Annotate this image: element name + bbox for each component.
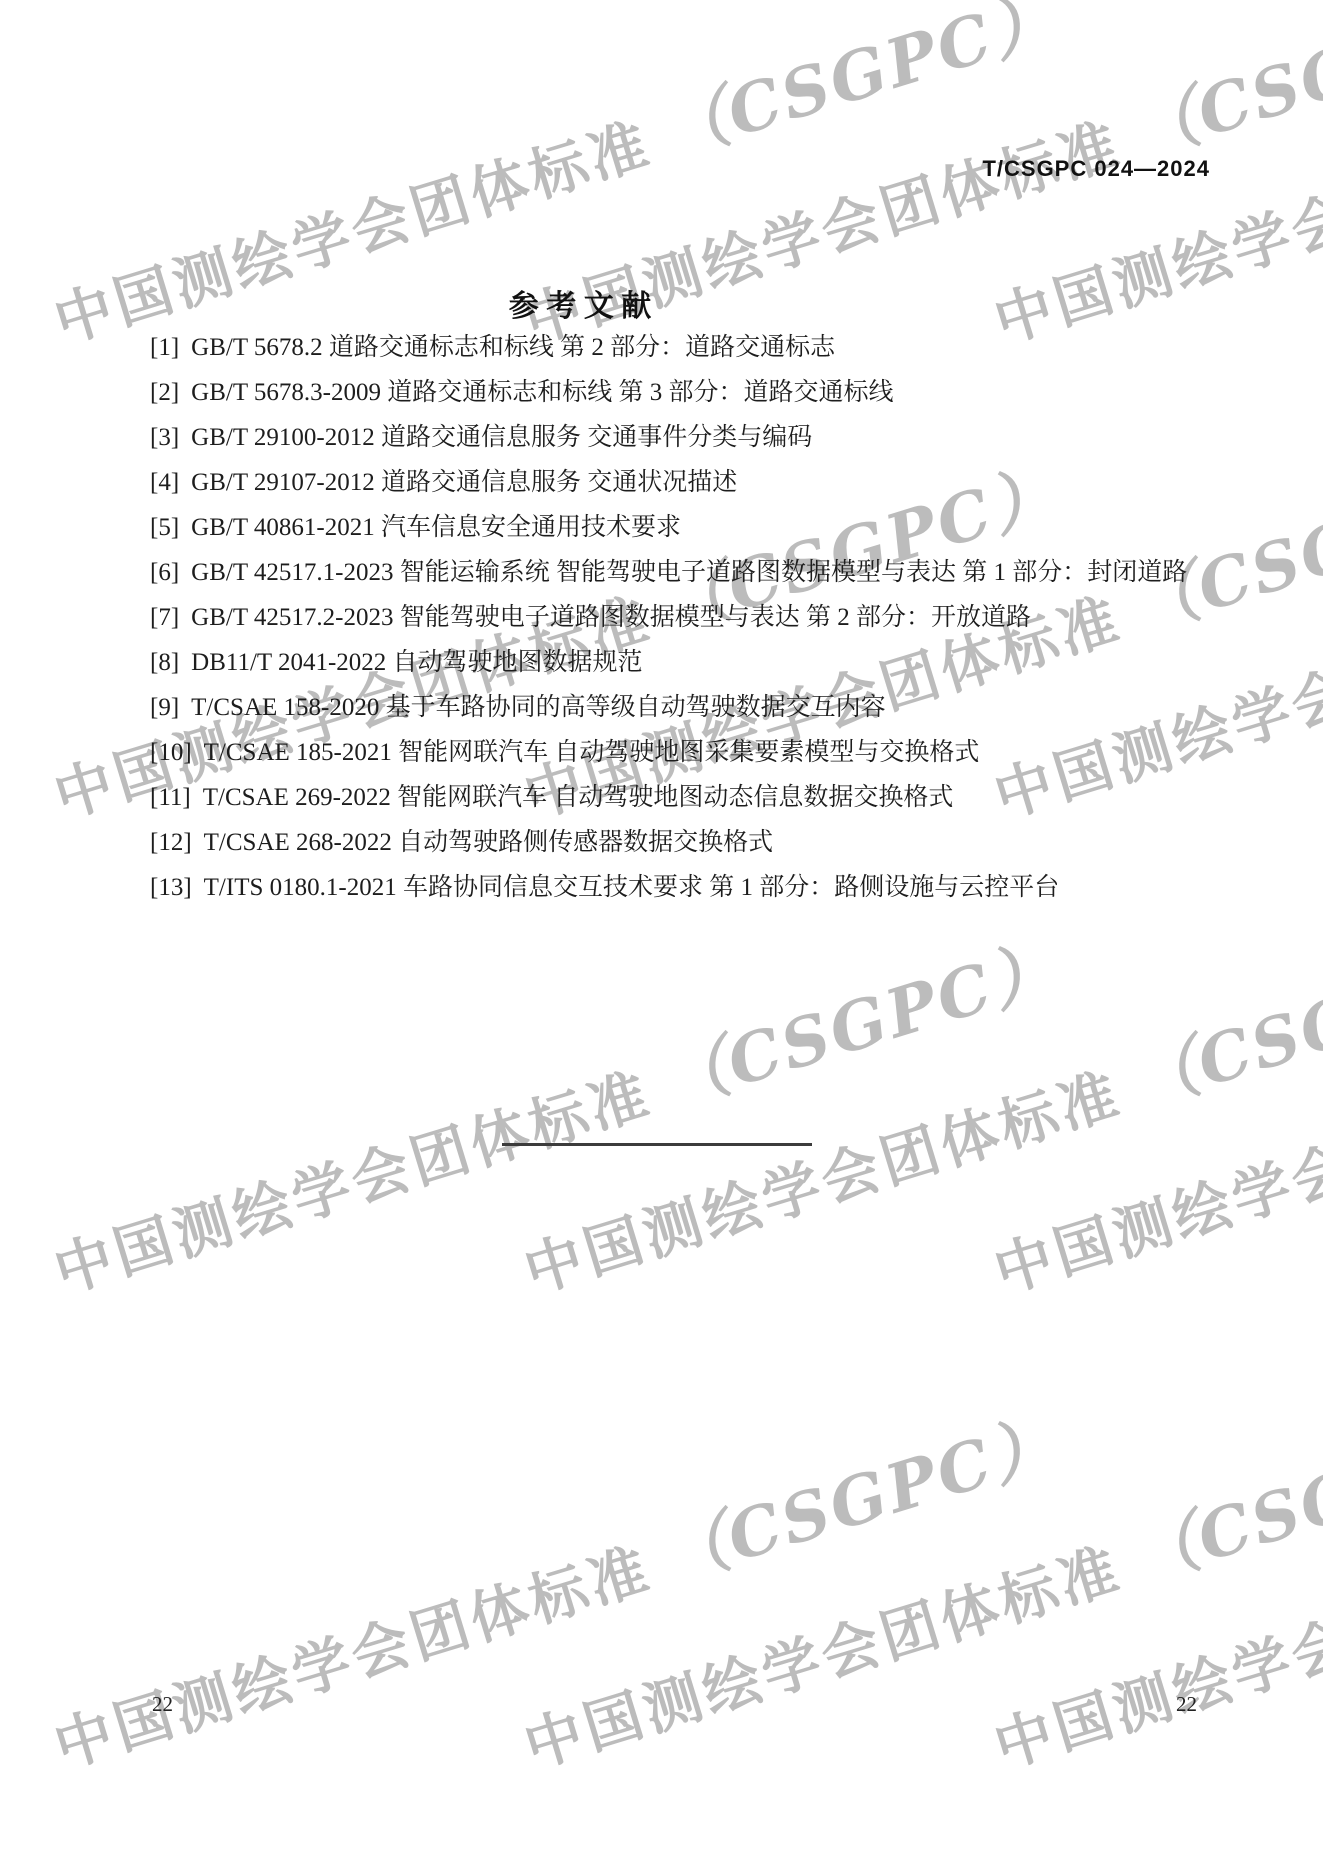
reference-text: T/CSAE 185-2021 智能网联汽车 自动驾驶地图采集要素模型与交换格式 (204, 739, 980, 766)
reference-number: [12] (150, 829, 192, 856)
reference-number: [1] (150, 334, 179, 361)
reference-text: T/CSAE 268-2022 自动驾驶路侧传感器数据交换格式 (204, 829, 773, 856)
reference-number: [6] (150, 559, 179, 586)
reference-number: [10] (150, 739, 192, 766)
reference-number: [5] (150, 514, 179, 541)
reference-item: [12]T/CSAE 268-2022 自动驾驶路侧传感器数据交换格式 (150, 820, 1187, 865)
reference-item: [3]GB/T 29100-2012 道路交通信息服务 交通事件分类与编码 (150, 415, 1187, 460)
reference-text: GB/T 40861-2021 汽车信息安全通用技术要求 (191, 514, 681, 541)
reference-item: [4]GB/T 29107-2012 道路交通信息服务 交通状况描述 (150, 460, 1187, 505)
reference-item: [5]GB/T 40861-2021 汽车信息安全通用技术要求 (150, 505, 1187, 550)
reference-number: [9] (150, 694, 179, 721)
reference-number: [8] (150, 649, 179, 676)
page-number-right: 22 (1176, 1692, 1197, 1717)
reference-item: [7]GB/T 42517.2-2023 智能驾驶电子道路图数据模型与表达 第 … (150, 595, 1187, 640)
document-page: 中国测绘学会团体标准（CSGPC） 中国测绘学会团体标准（CSGPC） 中国测绘… (0, 0, 1323, 1871)
page-title: 参 考 文 献 (0, 281, 1160, 325)
reference-number: [4] (150, 469, 179, 496)
reference-item: [13]T/ITS 0180.1-2021 车路协同信息交互技术要求 第 1 部… (150, 865, 1187, 910)
reference-number: [13] (150, 874, 192, 901)
content-layer: T/CSGPC 024—2024 参 考 文 献 [1]GB/T 5678.2 … (0, 0, 1323, 1871)
reference-text: T/CSAE 158-2020 基于车路协同的高等级自动驾驶数据交互内容 (191, 694, 885, 721)
reference-text: GB/T 5678.2 道路交通标志和标线 第 2 部分：道路交通标志 (191, 334, 835, 361)
reference-item: [6]GB/T 42517.1-2023 智能运输系统 智能驾驶电子道路图数据模… (150, 550, 1187, 595)
reference-text: GB/T 29107-2012 道路交通信息服务 交通状况描述 (191, 469, 737, 496)
reference-text: GB/T 42517.1-2023 智能运输系统 智能驾驶电子道路图数据模型与表… (191, 559, 1187, 586)
reference-number: [11] (150, 784, 191, 811)
reference-item: [1]GB/T 5678.2 道路交通标志和标线 第 2 部分：道路交通标志 (150, 325, 1187, 370)
reference-number: [7] (150, 604, 179, 631)
standard-number: T/CSGPC 024—2024 (982, 156, 1210, 182)
end-of-document-rule (502, 1143, 812, 1146)
reference-text: T/ITS 0180.1-2021 车路协同信息交互技术要求 第 1 部分：路侧… (204, 874, 1060, 901)
reference-item: [2]GB/T 5678.3-2009 道路交通标志和标线 第 3 部分：道路交… (150, 370, 1187, 415)
reference-text: DB11/T 2041-2022 自动驾驶地图数据规范 (191, 649, 642, 676)
reference-item: [10]T/CSAE 185-2021 智能网联汽车 自动驾驶地图采集要素模型与… (150, 730, 1187, 775)
reference-item: [8]DB11/T 2041-2022 自动驾驶地图数据规范 (150, 640, 1187, 685)
reference-number: [2] (150, 379, 179, 406)
reference-text: GB/T 29100-2012 道路交通信息服务 交通事件分类与编码 (191, 424, 812, 451)
reference-text: T/CSAE 269-2022 智能网联汽车 自动驾驶地图动态信息数据交换格式 (203, 784, 954, 811)
reference-text: GB/T 42517.2-2023 智能驾驶电子道路图数据模型与表达 第 2 部… (191, 604, 1031, 631)
reference-item: [9]T/CSAE 158-2020 基于车路协同的高等级自动驾驶数据交互内容 (150, 685, 1187, 730)
page-number-left: 22 (152, 1692, 173, 1717)
reference-item: [11]T/CSAE 269-2022 智能网联汽车 自动驾驶地图动态信息数据交… (150, 775, 1187, 820)
reference-list: [1]GB/T 5678.2 道路交通标志和标线 第 2 部分：道路交通标志 [… (150, 325, 1187, 910)
reference-number: [3] (150, 424, 179, 451)
reference-text: GB/T 5678.3-2009 道路交通标志和标线 第 3 部分：道路交通标线 (191, 379, 893, 406)
